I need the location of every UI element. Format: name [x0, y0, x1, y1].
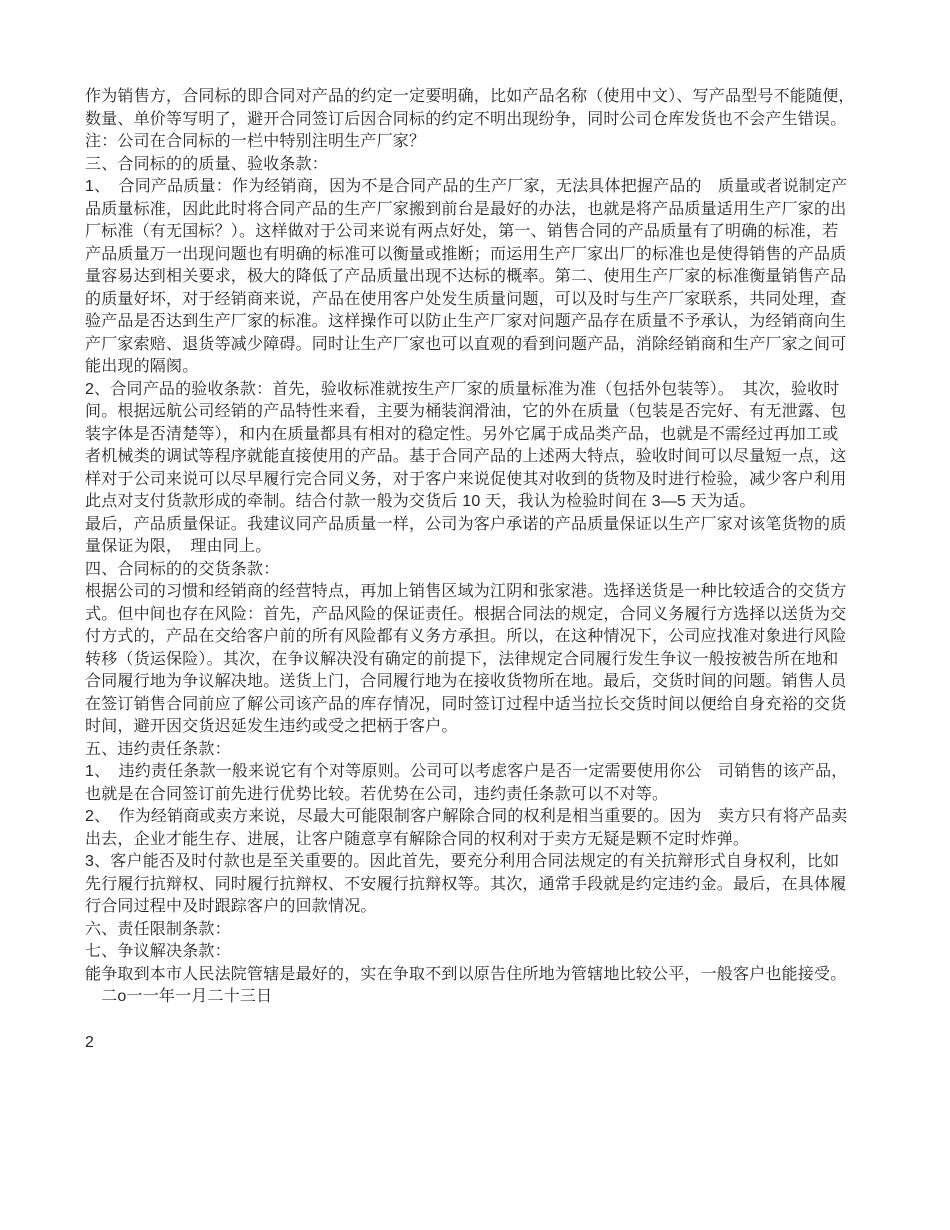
text-line: 品质量标准，因此此时将合同产品的生产厂家搬到前台是最好的办法，也就是将产品质量适…	[85, 199, 872, 222]
text-line: 五、违约责任条款：	[85, 739, 872, 762]
text-line: 合同履行地为争议解决地。送货上门，合同履行地为在接收货物所在地。最后，交货时间的…	[85, 671, 872, 694]
text-line: 最后，产品质量保证。我建议同产品质量一样，公司为客户承诺的产品质量保证以生产厂家…	[85, 514, 872, 537]
text-line: 间。根据远航公司经销的产品特性来看，主要为桶装润滑油，它的外在质量（包装是否完好…	[85, 401, 872, 424]
text-line: 先行履行抗辩权、同时履行抗辩权、不安履行抗辩权等。其次，通常手段就是约定违约金。…	[85, 874, 872, 897]
text-line: 出去，企业才能生存、进展，让客户随意享有解除合同的权利对于卖方无疑是颗不定时炸弹…	[85, 829, 872, 852]
document-body: 作为销售方，合同标的即合同对产品的约定一定要明确，比如产品名称（使用中文）、写产…	[85, 86, 872, 1009]
text-line: 1、 违约责任条款一般来说它有个对等原则。公司可以考虑客户是否一定需要使用你公 …	[85, 761, 872, 784]
text-line: 四、合同标的的交货条款：	[85, 559, 872, 582]
text-line: 二o一一年一月二十三日	[85, 986, 872, 1009]
text-line: 七、争议解决条款：	[85, 941, 872, 964]
text-line: 行合同过程中及时跟踪客户的回款情况。	[85, 896, 872, 919]
text-line: 根据公司的习惯和经销商的经营特点，再加上销售区域为江阴和张家港。选择送货是一种比…	[85, 581, 872, 604]
text-line: 也就是在合同签订前先进行优势比较。若优势在公司，违约责任条款可以不对等。	[85, 784, 872, 807]
text-line: 六、责任限制条款：	[85, 919, 872, 942]
text-line: 三、合同标的的质量、验收条款：	[85, 154, 872, 177]
page-number: 2	[85, 1032, 872, 1055]
text-line: 量保证为限， 理由同上。	[85, 536, 872, 559]
text-line: 1、 合同产品质量：作为经销商，因为不是合同产品的生产厂家，无法具体把握产品的 …	[85, 176, 872, 199]
text-line: 转移（货运保险）。其次，在争议解决没有确定的前提下，法律规定合同履行发生争议一般…	[85, 649, 872, 672]
document-page: 作为销售方，合同标的即合同对产品的约定一定要明确，比如产品名称（使用中文）、写产…	[0, 0, 950, 1230]
text-line: 厂标准（有无国标？）。这样做对于公司来说有两点好处，第一、销售合同的产品质量有了…	[85, 221, 872, 244]
text-line: 验产品是否达到生产厂家的标准。这样操作可以防止生产厂家对问题产品存在质量不予承认…	[85, 311, 872, 334]
text-line: 的质量好坏，对于经销商来说，产品在使用客户处发生质量问题，可以及时与生产厂家联系…	[85, 289, 872, 312]
text-line: 数量、单价等写明了，避开合同签订后因合同标的约定不明出现纷争，同时公司仓库发货也…	[85, 109, 872, 132]
text-line: 产品质量万一出现问题也有明确的标准可以衡量或推断；而运用生产厂家出厂的标准也是使…	[85, 244, 872, 267]
text-line: 作为销售方，合同标的即合同对产品的约定一定要明确，比如产品名称（使用中文）、写产…	[85, 86, 872, 109]
text-line: 付方式的，产品在交给客户前的所有风险都有义务方承担。所以，在这种情况下，公司应找…	[85, 626, 872, 649]
text-line: 能出现的隔阂。	[85, 356, 872, 379]
text-line: 注：公司在合同标的一栏中特别注明生产厂家？	[85, 131, 872, 154]
text-line: 者机械类的调试等程序就能直接使用的产品。基于合同产品的上述两大特点，验收时间可以…	[85, 446, 872, 469]
text-line: 产厂家索赔、退货等减少障碍。同时让生产厂家也可以直观的看到问题产品，消除经销商和…	[85, 334, 872, 357]
text-line: 3、客户能否及时付款也是至关重要的。因此首先，要充分利用合同法规定的有关抗辩形式…	[85, 851, 872, 874]
text-line: 能争取到本市人民法院管辖是最好的，实在争取不到以原告住所地为管辖地比较公平，一般…	[85, 964, 872, 987]
text-line: 2、 作为经销商或卖方来说，尽最大可能限制客户解除合同的权利是相当重要的。因为 …	[85, 806, 872, 829]
text-line: 装字体是否清楚等），和内在质量都具有相对的稳定性。另外它属于成品类产品，也就是不…	[85, 424, 872, 447]
text-line: 2、合同产品的验收条款：首先，验收标准就按生产厂家的质量标准为准（包括外包装等）…	[85, 379, 872, 402]
text-line: 量容易达到相关要求，极大的降低了产品质量出现不达标的概率。第二、使用生产厂家的标…	[85, 266, 872, 289]
text-line: 在签订销售合同前应了解公司该产品的库存情况，同时签订过程中适当拉长交货时间以便给…	[85, 694, 872, 717]
text-line: 样对于公司来说可以尽早履行完合同义务，对于客户来说促使其对收到的货物及时进行检验…	[85, 469, 872, 492]
text-line: 式。但中间也存在风险：首先，产品风险的保证责任。根据合同法的规定，合同义务履行方…	[85, 604, 872, 627]
text-line: 此点对支付货款形成的牵制。结合付款一般为交货后 10 天，我认为检验时间在 3—…	[85, 491, 872, 514]
text-line: 时间，避开因交货迟延发生违约或受之把柄于客户。	[85, 716, 872, 739]
